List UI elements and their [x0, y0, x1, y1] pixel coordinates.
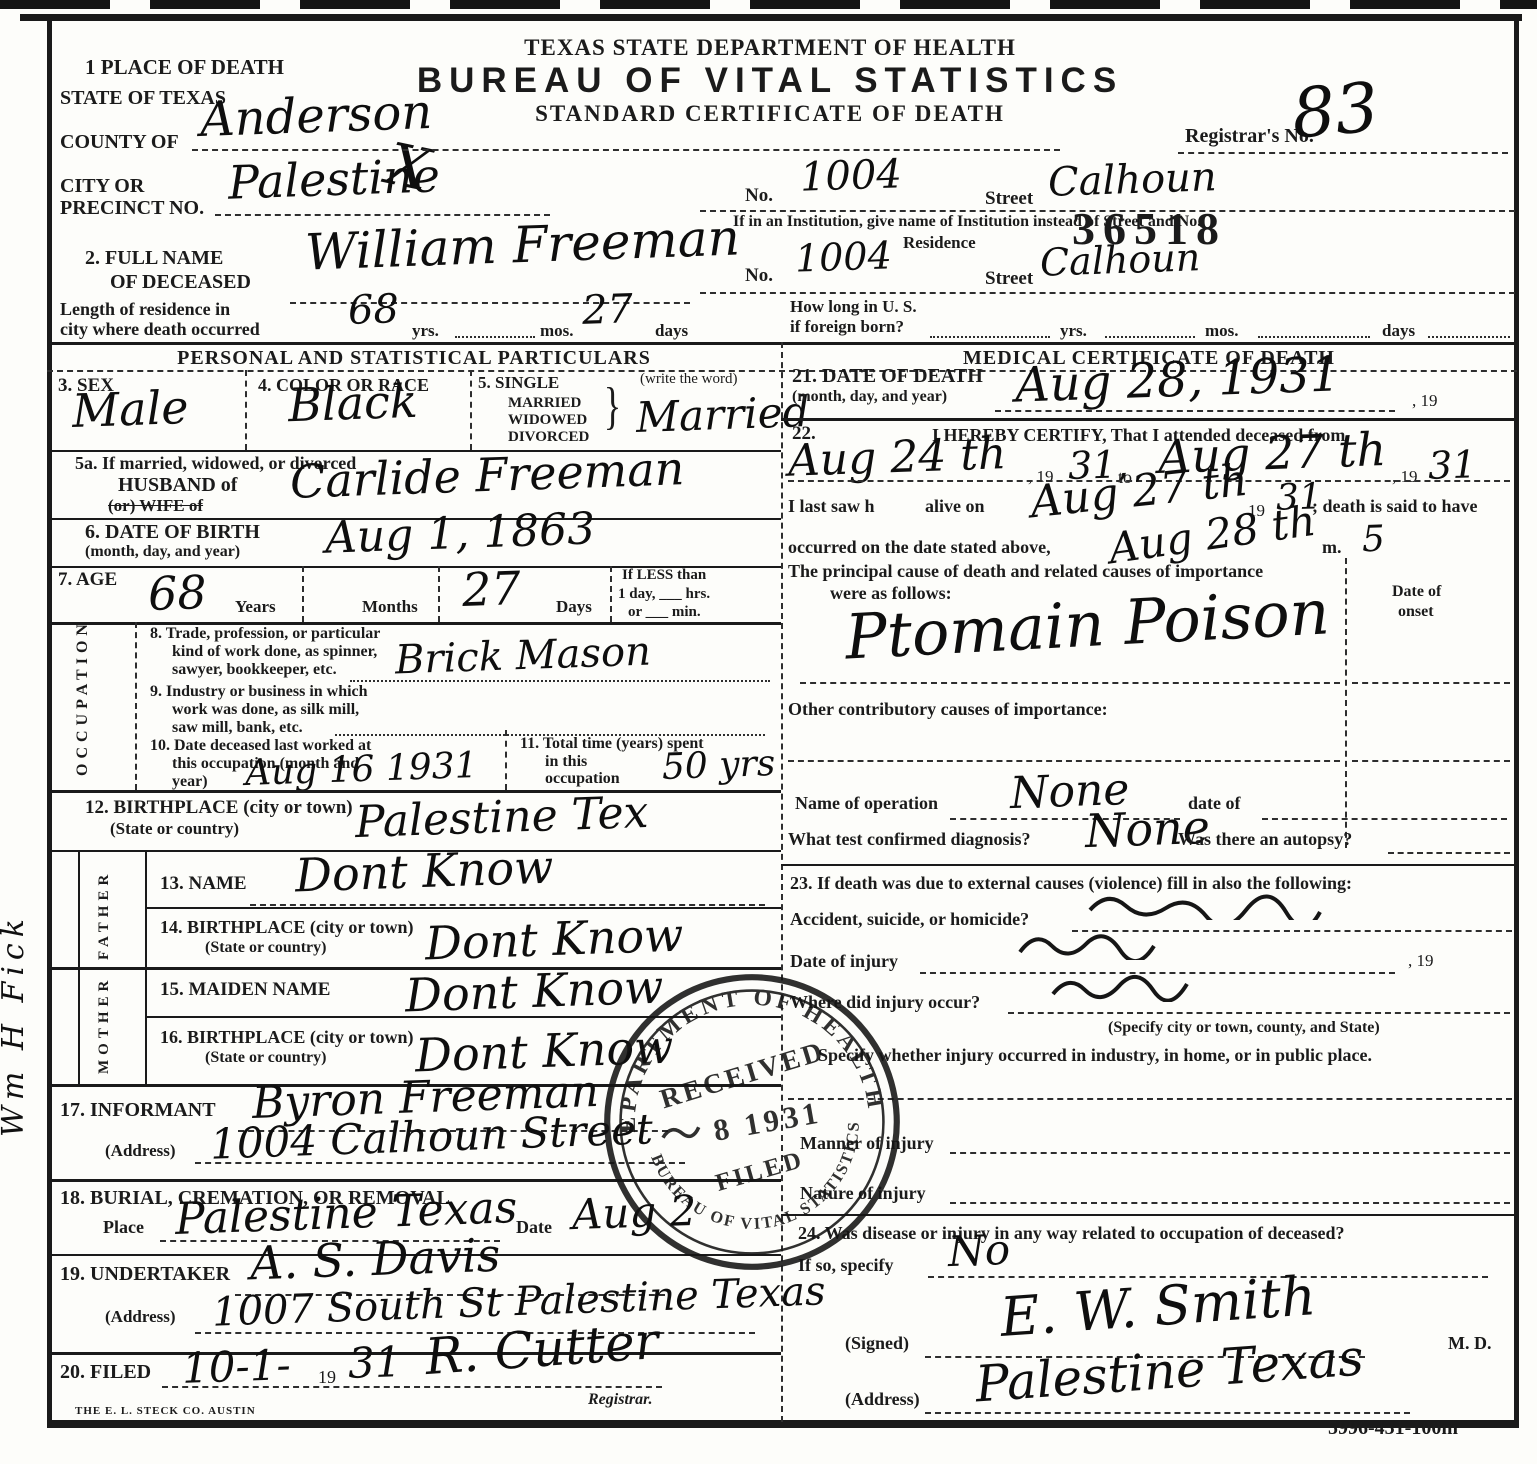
age-years-label: Years — [235, 598, 276, 616]
occupation-cell-divider — [505, 730, 507, 790]
city-label-2: PRECINCT NO. — [60, 198, 204, 219]
race-value: Black — [287, 378, 418, 428]
dob-label-1: 6. DATE OF BIRTH — [85, 522, 260, 543]
residence-length-label-1: Length of residence in — [60, 300, 230, 319]
marital-brace: } — [604, 380, 621, 435]
md-label: M. D. — [1448, 1334, 1492, 1353]
last-worked-value: Aug 16 1931 — [244, 748, 478, 792]
informant-address-label: (Address) — [105, 1142, 176, 1160]
mother-maiden-label: 15. MAIDEN NAME — [160, 980, 330, 1000]
us-mos-label: mos. — [1205, 322, 1239, 340]
attended-from-value: Aug 24 th — [787, 432, 1007, 484]
residence-no-label: No. — [745, 266, 773, 286]
medical-row-line-2 — [781, 864, 1517, 866]
cell-divider-sex-race — [245, 370, 247, 450]
burial-place-label: Place — [103, 1218, 144, 1237]
dod-line — [995, 410, 1395, 412]
place-of-death-title: 1 PLACE OF DEATH — [85, 56, 284, 78]
father-name-label: 13. NAME — [160, 874, 247, 894]
industry-label-1: 9. Industry or business in which — [150, 684, 368, 701]
total-label-2: in this — [545, 754, 587, 771]
test-label: What test confirmed diagnosis? — [788, 830, 1031, 849]
father-birthplace-label-2: (State or country) — [205, 940, 326, 957]
residence-length-label-2: city where death occurred — [60, 320, 260, 339]
dod-label-1: 21. DATE OF DEATH — [792, 366, 983, 387]
us-length-label-2: if foreign born? — [790, 318, 904, 336]
county-value: Anderson — [199, 88, 433, 144]
row-line-7 — [145, 907, 781, 909]
yrs-label: yrs. — [412, 322, 439, 340]
house-no-value: 1004 — [799, 154, 902, 198]
where-injury-line — [1008, 1012, 1510, 1014]
age-less-2: 1 day, ___ hrs. — [618, 587, 710, 603]
age-years-value: 68 — [147, 569, 207, 617]
filed-line — [162, 1386, 662, 1388]
age-less-3: or ___ min. — [628, 605, 701, 621]
marital-value: Married — [635, 391, 810, 439]
total-label-3: occupation — [545, 771, 620, 788]
trade-label-2: kind of work done, as spinner, — [172, 644, 377, 661]
section-divider-top — [47, 342, 1519, 345]
registrar-no-value: 83 — [1289, 74, 1381, 149]
undertaker-label: 19. UNDERTAKER — [60, 1264, 230, 1285]
autopsy-label: Was there an autopsy? — [1178, 830, 1352, 849]
age-divider-1 — [302, 566, 304, 622]
residence-years-value: 68 — [347, 289, 399, 331]
dod-value: Aug 28, 1931 — [1014, 350, 1341, 409]
birthplace-label-1: 12. BIRTHPLACE (city or town) — [85, 798, 353, 818]
personal-section-title: PERSONAL AND STATISTICAL PARTICULARS — [177, 348, 651, 369]
attended-to-year-label: , 19 — [1392, 468, 1418, 486]
printer-imprint: THE E. L. STECK CO. AUSTIN — [75, 1406, 256, 1418]
header-certificate-title: STANDARD CERTIFICATE OF DEATH — [535, 102, 1005, 126]
us-dots-2 — [1105, 336, 1195, 338]
mother-birthplace-label-1: 16. BIRTHPLACE (city or town) — [160, 1028, 414, 1047]
marital-option-widowed: WIDOWED — [508, 413, 587, 429]
cause-label-1: The principal cause of death and related… — [788, 562, 1263, 581]
us-dots-4 — [1428, 336, 1510, 338]
dob-label-2: (month, day, and year) — [85, 544, 240, 561]
filed-year-label: 19 — [318, 1368, 336, 1387]
occupation-side-label: OCCUPATION — [74, 636, 92, 776]
trade-label-3: sawyer, bookkeeper, etc. — [172, 662, 337, 679]
frame-top — [20, 14, 1522, 21]
contributory-line — [788, 760, 1340, 762]
total-value: 50 yrs — [661, 746, 775, 786]
spouse-label-3: (or) WIFE of — [108, 497, 203, 515]
onset-line-2 — [1352, 760, 1510, 762]
physician-address-line — [925, 1412, 1410, 1414]
filed-year: 31 — [347, 1341, 402, 1385]
form-number: 5996-431-100m — [1328, 1418, 1458, 1439]
undertaker-name: A. S. Davis — [249, 1232, 501, 1287]
us-dots-3 — [1258, 336, 1370, 338]
city-label-1: CITY OR — [60, 176, 144, 197]
city-line — [215, 214, 550, 216]
father-name-line — [250, 904, 765, 906]
birthplace-label-2: (State or country) — [110, 820, 239, 838]
scan-edge-artifact — [0, 0, 1537, 9]
squiggle-mark — [1085, 890, 1325, 920]
where-injury-note: (Specify city or town, county, and State… — [1108, 1020, 1380, 1037]
death-certificate-scan: TEXAS STATE DEPARTMENT OF HEALTH BUREAU … — [0, 0, 1537, 1464]
received-filed-stamp: DEPARTMENT OF HEALTH BUREAU OF VITAL STA… — [574, 944, 931, 1301]
nature-line — [950, 1202, 1510, 1204]
industry-label-3: saw mill, bank, etc. — [172, 720, 303, 737]
occupation-strip-divider — [135, 622, 137, 790]
age-label: 7. AGE — [58, 570, 117, 590]
mother-birthplace-label-2: (State or country) — [205, 1050, 326, 1067]
industry-label-2: work was done, as silk mill, — [172, 702, 359, 719]
cell-divider-race-marital — [470, 370, 472, 450]
last-worked-label-3: year) — [172, 774, 208, 791]
age-less-1: If LESS than — [622, 568, 706, 584]
fullname-label-1: 2. FULL NAME — [85, 248, 223, 269]
mother-side-label: MOTHER — [96, 972, 113, 1077]
age-months-label: Months — [362, 598, 418, 616]
header-bureau: BUREAU OF VITAL STATISTICS — [417, 63, 1123, 100]
trade-line — [350, 680, 770, 682]
squiggle-mark — [1048, 972, 1208, 1002]
birthplace-value: Palestine Tex — [354, 791, 649, 845]
undertaker-address-label: (Address) — [105, 1308, 176, 1326]
dod-label-2: (month, day, and year) — [792, 389, 947, 406]
contributory-label: Other contributory causes of importance: — [788, 700, 1108, 719]
registrar-signature: R. Cutter — [424, 1316, 660, 1382]
frame-left — [47, 14, 52, 1428]
dob-value: Aug 1, 1863 — [324, 507, 596, 560]
stamp-date-scribble — [662, 1125, 700, 1141]
row-line-13 — [47, 1352, 781, 1355]
squiggle-mark — [1015, 930, 1175, 960]
father-birthplace-value: Dont Know — [424, 912, 684, 967]
informant-label: 17. INFORMANT — [60, 1100, 216, 1121]
county-line — [192, 149, 1060, 151]
residence-label: Residence — [903, 234, 976, 252]
onset-line-1 — [1352, 682, 1510, 684]
house-no-label: No. — [745, 186, 773, 206]
onset-column-divider — [1345, 558, 1347, 848]
fullname-value: William Freeman — [304, 212, 740, 277]
margin-handwritten-note: Wm H Fick — [0, 855, 31, 1195]
medical-row-line-1 — [781, 418, 1517, 421]
signed-label: (Signed) — [845, 1334, 909, 1353]
accident-label: Accident, suicide, or homicide? — [790, 910, 1029, 929]
occurred-label: occurred on the date stated above, — [788, 538, 1051, 557]
filed-date: 10-1- — [181, 1344, 291, 1390]
residence-street-label: Street — [985, 269, 1033, 289]
residence-no-value: 1004 — [794, 236, 892, 277]
marital-option-married: MARRIED — [508, 396, 581, 412]
us-length-label-1: How long in U. S. — [790, 298, 917, 316]
address-line-2 — [700, 292, 1515, 294]
header-department: TEXAS STATE DEPARTMENT OF HEALTH — [524, 36, 1016, 60]
city-value: Palestine — [227, 152, 440, 205]
father-side-label: FATHER — [96, 862, 113, 967]
filed-label: 20. FILED — [60, 1362, 151, 1383]
informant-address: 1004 Calhoun Street — [209, 1108, 653, 1165]
county-label: COUNTY OF — [60, 132, 179, 153]
occupation-related-value: No — [947, 1229, 1010, 1273]
occurred-m-label: m. — [1322, 538, 1342, 557]
father-birthplace-label-1: 14. BIRTHPLACE (city or town) — [160, 918, 414, 937]
stamp-filed-text: FILED — [713, 1146, 808, 1197]
dod-year-suffix: , 19 — [1412, 392, 1438, 410]
address-line-1 — [700, 210, 1515, 212]
registrar-no-line — [1178, 152, 1508, 154]
operation-label: Name of operation — [795, 794, 938, 813]
trade-value: Brick Mason — [394, 632, 651, 681]
occurred-mark: 5 — [1361, 522, 1385, 559]
spouse-value: Carlide Freeman — [289, 445, 685, 505]
fullname-label-2: OF DECEASED — [110, 272, 251, 293]
physician-signature: E. W. Smith — [999, 1269, 1318, 1345]
us-yrs-label: yrs. — [1060, 322, 1087, 340]
last-saw-label-1: I last saw h — [788, 497, 875, 516]
registrar-caption: Registrar. — [588, 1392, 652, 1409]
residence-dots-1 — [455, 336, 535, 338]
us-dots-1 — [930, 336, 1050, 338]
autopsy-line — [1388, 852, 1510, 854]
street-value: Calhoun — [1047, 157, 1217, 203]
operation-line-2 — [1262, 818, 1507, 820]
frame-bottom — [47, 1420, 1519, 1428]
mos-label: mos. — [540, 322, 574, 340]
last-saw-label-2: alive on — [925, 497, 985, 516]
street-label: Street — [985, 189, 1033, 209]
days-label: days — [655, 322, 688, 340]
marital-option-divorced: DIVORCED — [508, 430, 589, 446]
manner-line — [950, 1152, 1510, 1154]
physician-address-label: (Address) — [845, 1390, 920, 1409]
residence-days-value: 27 — [581, 289, 633, 331]
residence-street-value: Calhoun — [1039, 238, 1200, 282]
cause-line — [800, 682, 1340, 684]
spouse-label-2: HUSBAND of — [118, 475, 237, 496]
stamp-date-text: 8 1931 — [711, 1095, 825, 1147]
last-saw-label-3: ; death is said to have — [1312, 497, 1478, 516]
onset-label-2: onset — [1398, 604, 1434, 621]
marital-note: (write the word) — [640, 372, 737, 388]
injury-date-year: , 19 — [1408, 952, 1434, 970]
sex-value: Male — [71, 384, 189, 434]
burial-date-label: Date — [516, 1218, 552, 1237]
attended-to-year: 31 — [1427, 445, 1477, 485]
specify-injury-label: Specify whether injury occurred in indus… — [818, 1046, 1372, 1065]
age-days-label: Days — [556, 598, 592, 616]
row-line-5 — [47, 790, 781, 793]
institution-note: If in an Institution, give name of Insti… — [733, 214, 1201, 231]
trade-label-1: 8. Trade, profession, or particular — [150, 626, 380, 643]
marital-label: 5. SINGLE — [478, 374, 559, 392]
father-name-value: Dont Know — [294, 844, 554, 899]
age-divider-2 — [438, 566, 440, 622]
us-days-label: days — [1382, 322, 1415, 340]
onset-label-1: Date of — [1392, 584, 1441, 601]
age-divider-3 — [610, 566, 612, 622]
age-days-value: 27 — [461, 565, 521, 613]
